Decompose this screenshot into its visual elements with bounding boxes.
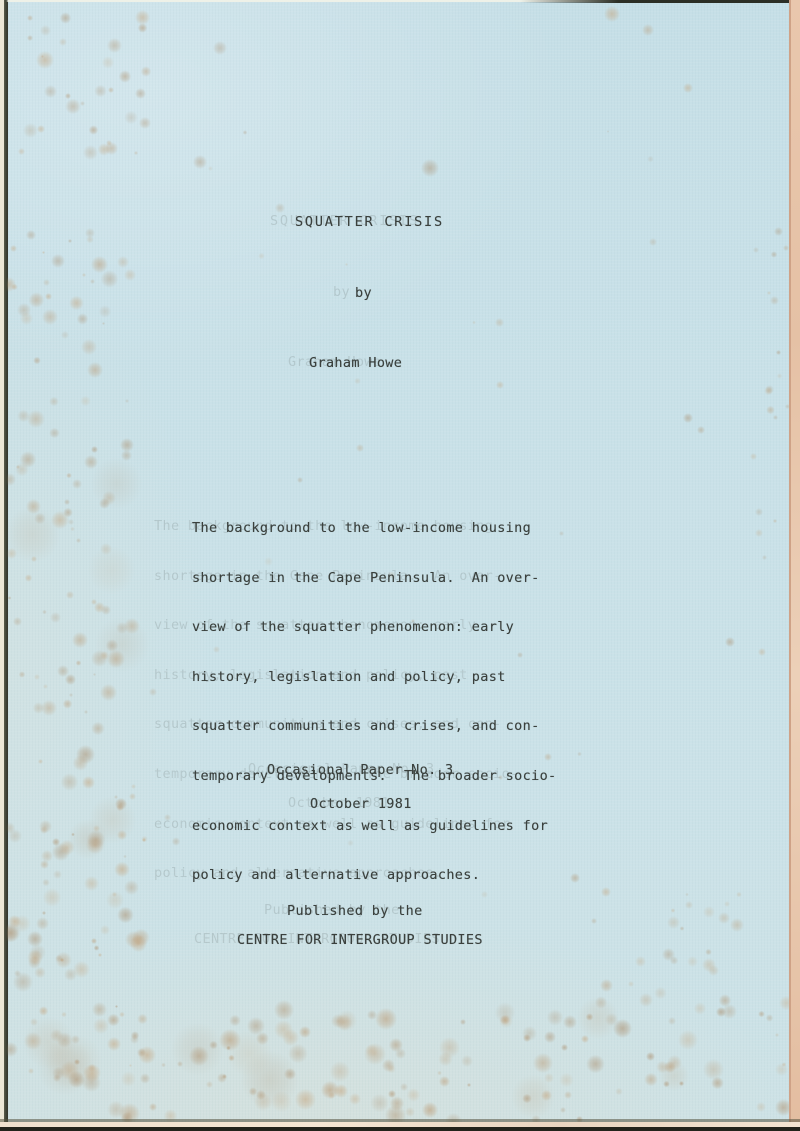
abstract: The background to the low-income housing… <box>192 488 557 917</box>
scan-edge-right-pink <box>791 0 800 1131</box>
abstract-line: economic context as well as guidelines f… <box>192 818 557 836</box>
abstract-line: squatter communities and crises, and con… <box>192 718 557 736</box>
author-name: Graham Howe <box>309 355 402 371</box>
publication-date: October 1981 <box>310 796 412 812</box>
scan-edge-left-cream <box>0 0 4 1131</box>
series-title: Occasional Paper No. 3 <box>267 762 454 778</box>
abstract-line: view of the squatter phenomenon: early <box>192 619 557 637</box>
publisher-name: CENTRE FOR INTERGROUP STUDIES <box>237 932 483 948</box>
scan-edge-bottom-pale <box>0 1122 800 1127</box>
scan-edge-bottom-dark <box>0 1127 800 1131</box>
abstract-line: shortage in the Cape Peninsula. An over- <box>192 570 557 588</box>
byline: by <box>355 285 372 301</box>
publisher-prefix: Published by the <box>287 903 423 919</box>
abstract-line: policy and alternative approaches. <box>192 867 557 885</box>
document-title: SQUATTER CRISIS <box>295 214 444 230</box>
scanned-document-cover: SQUATTER CRISIS by Graham Howe The backg… <box>0 0 800 1131</box>
abstract-line: The background to the low-income housing <box>192 520 557 538</box>
byline-ghost: by <box>333 284 350 300</box>
abstract-line: history, legislation and policy, past <box>192 669 557 687</box>
